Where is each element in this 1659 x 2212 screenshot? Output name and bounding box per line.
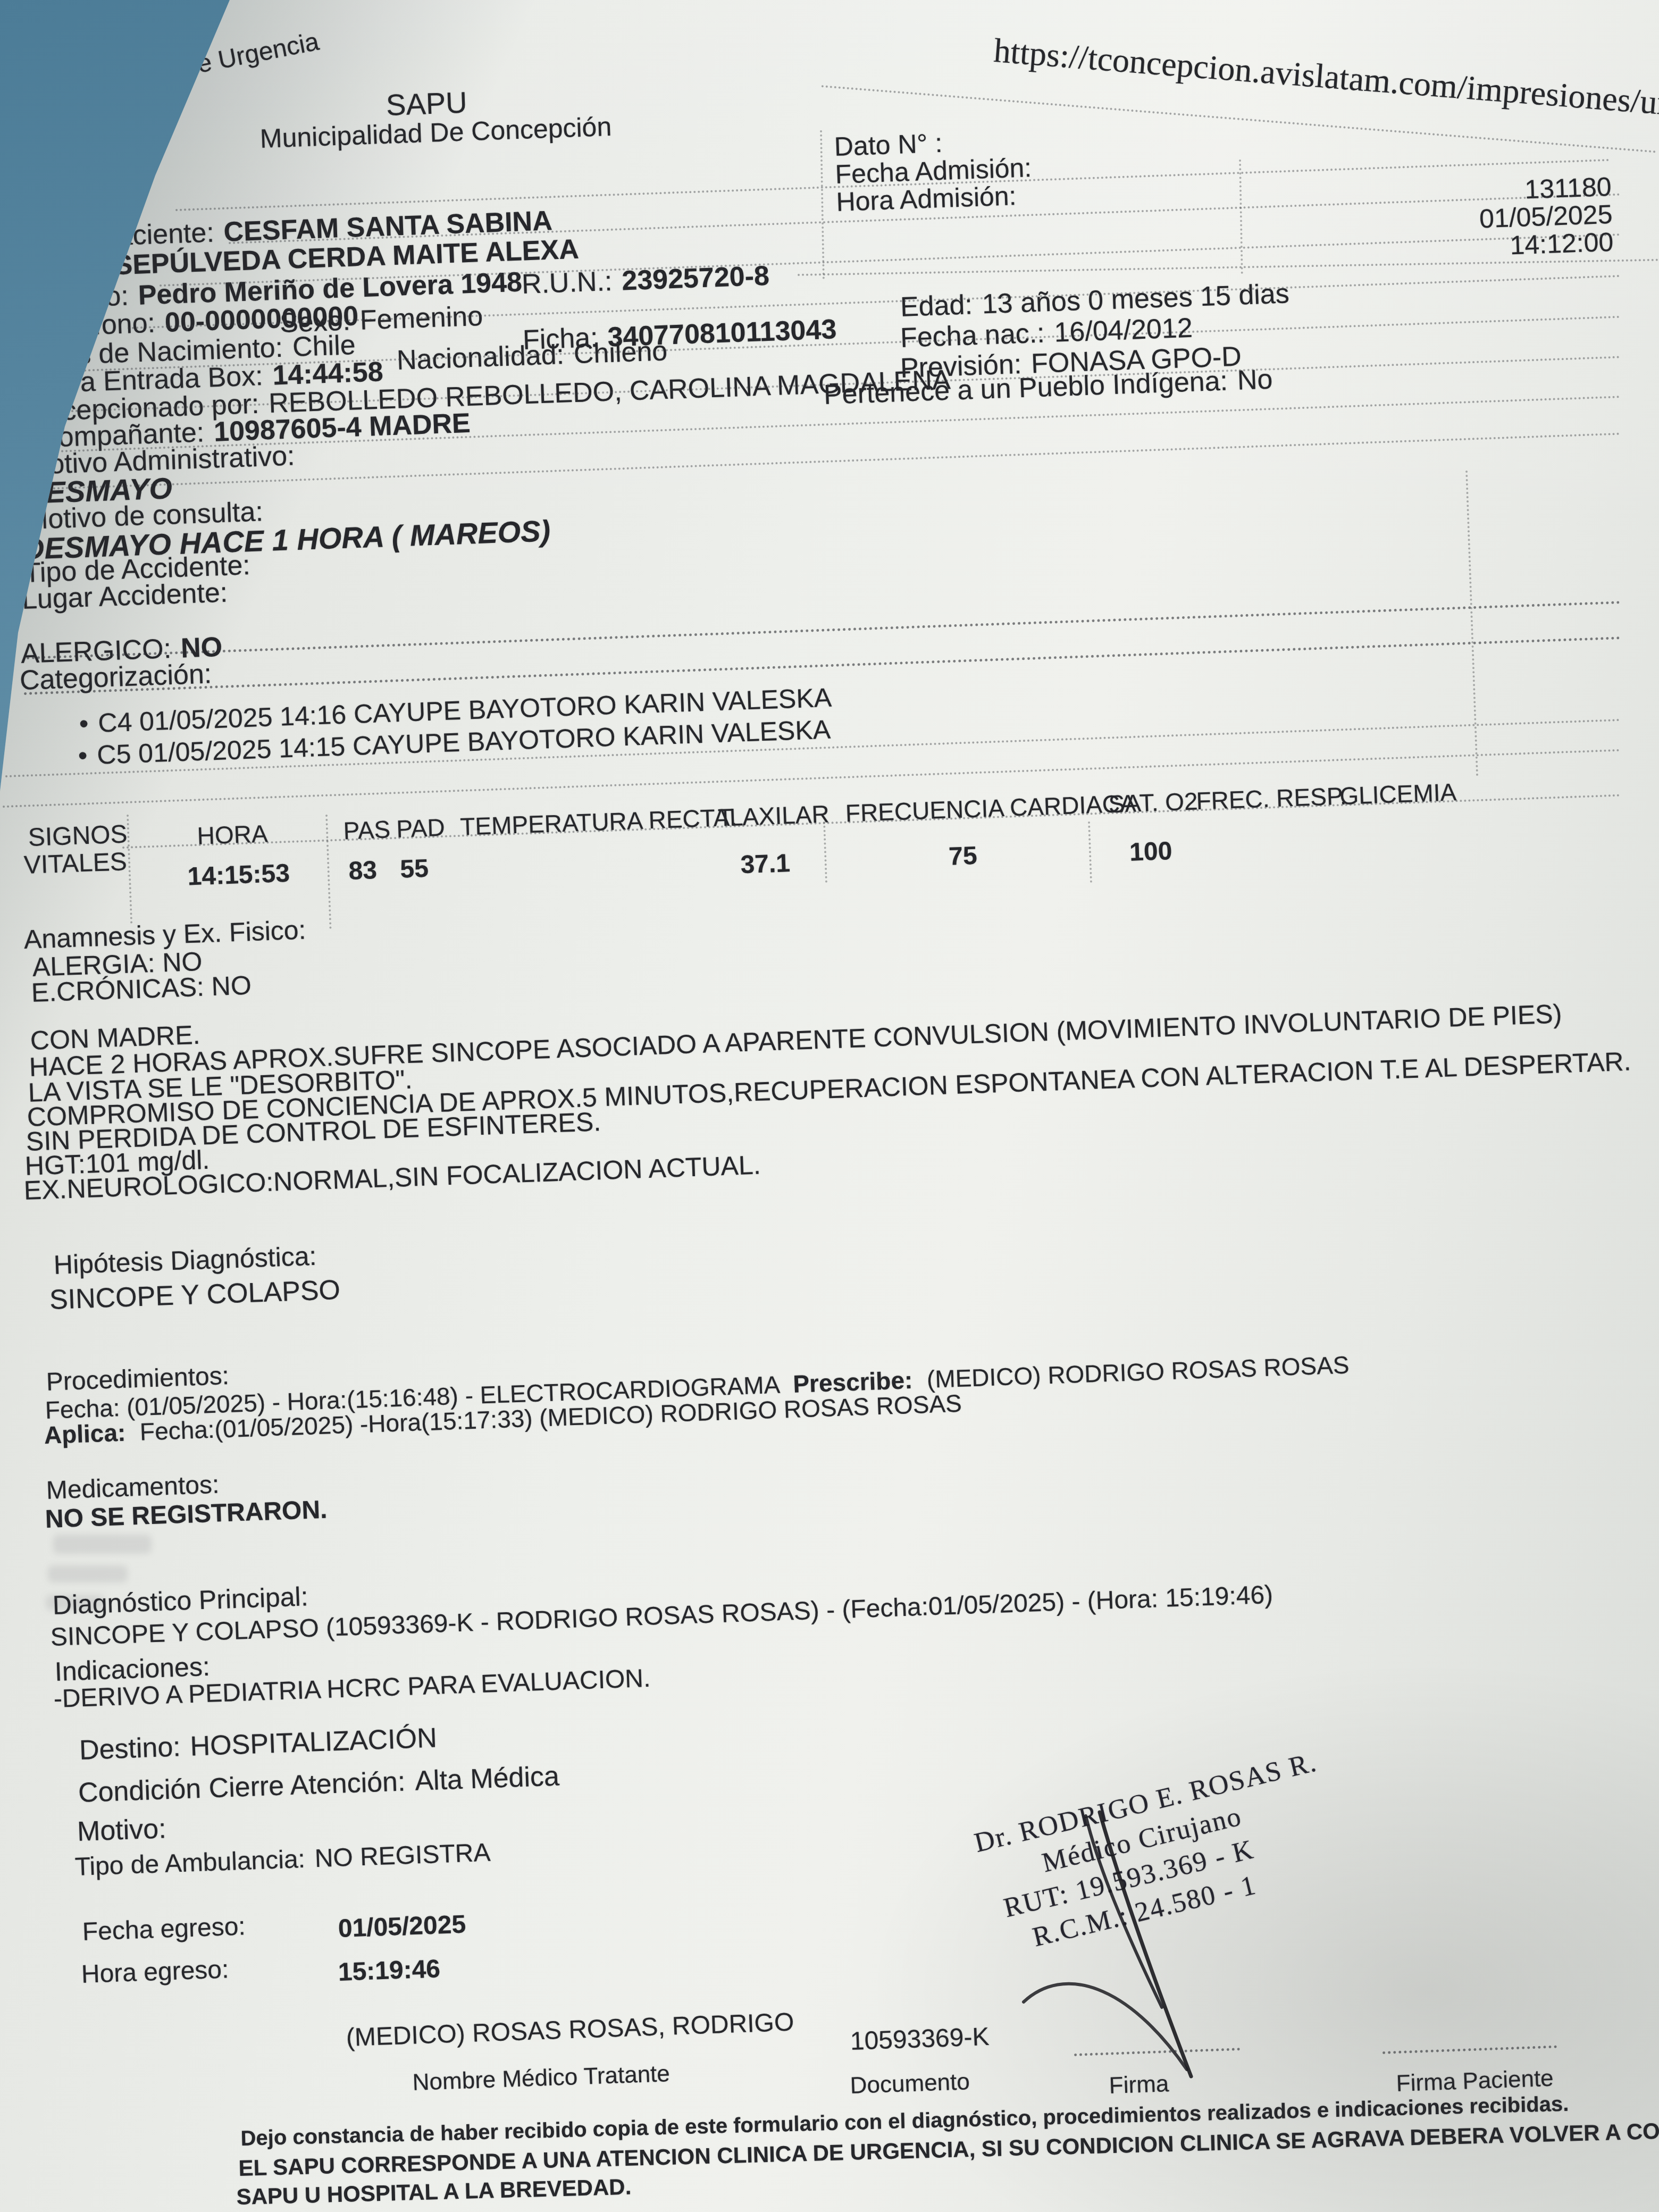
fecha-egreso-label: Fecha egreso: [82,1912,246,1947]
prescribe-medico: (MEDICO) RODRIGO ROSAS ROSAS [926,1351,1350,1393]
dotted-rule-vertical [1088,822,1092,883]
destino-label: Destino: [79,1731,181,1766]
documento-value: 10593369-K [850,2022,990,2056]
hipotesis-label: Hipótesis Diagnóstica: [53,1241,317,1280]
medico-caption: Nombre Médico Tratante [412,2060,671,2096]
dotted-rule-vertical [325,815,332,929]
documento-caption: Documento [850,2068,970,2099]
dotted-rule-vertical [127,815,132,924]
edad-label: Edad: [900,289,973,323]
dotted-rule [798,259,1659,276]
firma-paciente-line [1382,2046,1557,2054]
motivo-cierre-label: Motivo: [77,1813,167,1848]
vital-frec-cardiaca: 75 [948,841,977,872]
vital-t-axilar: 37.1 [740,849,791,879]
firma-caption: Firma [1109,2071,1169,2099]
admission-values: 131180 01/05/2025 14:12:00 [1303,173,1614,266]
medico-tratante: (MEDICO) ROSAS ROSAS, RODRIGO [346,2008,794,2052]
dotted-rule-vertical [1239,160,1243,274]
dotted-rule-vertical [820,130,825,279]
destino-row: Destino:HOSPITALIZACIÓN [79,1722,438,1766]
nombre-label: re: [72,250,105,282]
paper-sheet: https://tconcepcion.avislatam.com/impres… [0,0,1659,2212]
bullet-icon: • [79,708,89,739]
dotted-rule [27,601,1621,659]
lugar-accidente-label: Lugar Accidente: [21,576,228,615]
vital-sat-o2: 100 [1129,836,1172,867]
form-title-fragment: de Urgencia [181,27,322,82]
fecha-egreso-value: 01/05/2025 [338,1910,466,1943]
ambulancia-value: NO REGISTRA [314,1839,491,1873]
bullet-icon: • [78,740,88,770]
hipotesis-value: SINCOPE Y COLAPSO [49,1274,341,1316]
condicion-row: Condición Cierre Atención:Alta Médica [78,1760,560,1809]
vital-pad: 55 [400,854,429,884]
vital-pas: 83 [348,856,378,886]
print-url: https://tconcepcion.avislatam.com/impres… [992,31,1659,123]
doctor-stamp: Dr. RODRIGO E. ROSAS R. Médico Cirujano … [935,1745,1345,1972]
clinic-municipality: Municipalidad De Concepción [259,111,612,154]
dotted-rule-vertical [823,822,827,883]
hora-egreso-value: 15:19:46 [338,1954,441,1987]
dotted-rule-vertical [1465,471,1478,776]
firma-line [1074,2048,1240,2056]
condicion-value: Alta Médica [414,1761,560,1796]
condicion-label: Condición Cierre Atención: [78,1766,406,1808]
vitals-header-row: HORA PAS PAD TEMPERATURA RECTAL T. AXILA… [29,774,1570,827]
ink-smudge [53,1535,152,1554]
vitales-label: VITALES [23,847,128,880]
admission-labels: Dato N° : Fecha Admisión: Hora Admisión: [834,126,1033,216]
destino-value: HOSPITALIZACIÓN [190,1723,438,1762]
ink-smudge [48,1565,128,1582]
vital-hora: 14:15:53 [187,859,290,892]
aplica-label: Aplica: [44,1419,126,1449]
photo-of-document: https://tconcepcion.avislatam.com/impres… [0,0,1659,2212]
firma-paciente-caption: Firma Paciente [1396,2065,1554,2097]
hora-egreso-label: Hora egreso: [81,1955,229,1989]
ambulancia-label: Tipo de Ambulancia: [74,1845,306,1881]
